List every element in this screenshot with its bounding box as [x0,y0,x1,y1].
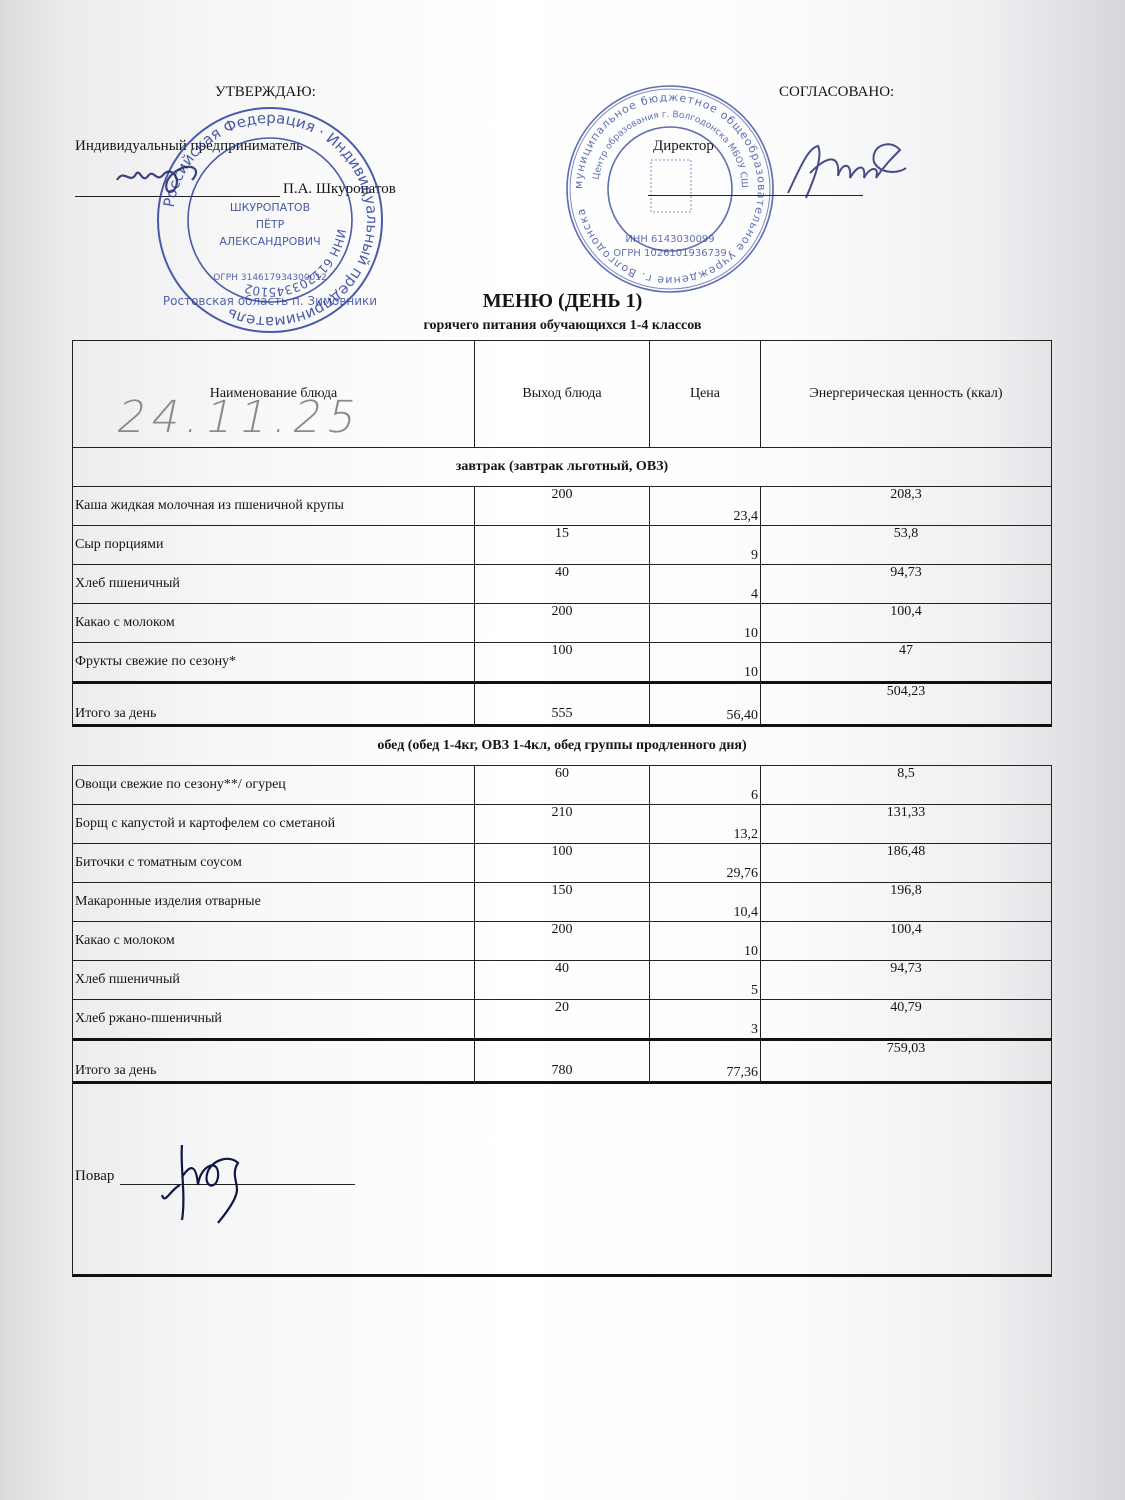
total-price: 56,40 [650,683,761,726]
dish-kcal: 196,8 [761,883,1052,922]
section-title: обед (обед 1-4кг, ОВЗ 1-4кл, обед группы… [73,726,1052,766]
total-kcal: 504,23 [761,683,1052,726]
dish-yield: 40 [475,565,650,604]
dish-yield: 210 [475,805,650,844]
ip-stamp-ogrn: ОГРН 314617934300012 [213,273,327,283]
dish-yield: 15 [475,526,650,565]
table-row: Макаронные изделия отварные15010,4196,8 [73,883,1052,922]
dish-yield: 20 [475,1000,650,1040]
dish-yield: 100 [475,844,650,883]
total-yield: 780 [475,1040,650,1083]
header-yield: Выход блюда [475,341,650,448]
dish-kcal: 94,73 [761,961,1052,1000]
dish-yield: 200 [475,922,650,961]
section-title: завтрак (завтрак льготный, ОВЗ) [73,448,1052,487]
table-row: Сыр порциями15953,8 [73,526,1052,565]
dish-kcal: 40,79 [761,1000,1052,1040]
ip-stamp-line-1: ШКУРОПАТОВ [230,201,310,214]
cook-label: Повар [75,1168,114,1185]
total-label: Итого за день [73,1040,475,1083]
approver-signature-icon [112,150,222,210]
total-row: Итого за день55556,40504,23 [73,683,1052,726]
dish-kcal: 8,5 [761,766,1052,805]
section-header: завтрак (завтрак льготный, ОВЗ) [73,448,1052,487]
page-subtitle: горячего питания обучающихся 1-4 классов [0,318,1125,334]
table-row: Какао с молоком20010100,4 [73,922,1052,961]
total-row: Итого за день78077,36759,03 [73,1040,1052,1083]
dish-yield: 100 [475,643,650,683]
table-row: Каша жидкая молочная из пшеничной крупы2… [73,487,1052,526]
total-kcal: 759,03 [761,1040,1052,1083]
section-header: обед (обед 1-4кг, ОВЗ 1-4кл, обед группы… [73,726,1052,766]
dish-price: 6 [650,766,761,805]
dish-name: Хлеб пшеничный [73,565,475,604]
dish-kcal: 100,4 [761,604,1052,643]
dish-yield: 40 [475,961,650,1000]
table-row: Хлеб пшеничный40494,73 [73,565,1052,604]
dish-name: Какао с молоком [73,922,475,961]
dish-kcal: 53,8 [761,526,1052,565]
table-row: Какао с молоком20010100,4 [73,604,1052,643]
total-label: Итого за день [73,683,475,726]
dish-price: 3 [650,1000,761,1040]
dish-price: 9 [650,526,761,565]
dish-name: Хлеб ржано-пшеничный [73,1000,475,1040]
approval-right-heading: СОГЛАСОВАНО: [779,84,894,101]
school-stamp-ogrn: ОГРН 1026101936739 [613,248,726,259]
school-stamp: муниципальное бюджетное общеобразователь… [563,82,778,302]
ip-stamp-line-2: ПЁТР [256,218,285,231]
table-row: Фрукты свежие по сезону*1001047 [73,643,1052,683]
dish-price: 10,4 [650,883,761,922]
dish-name: Какао с молоком [73,604,475,643]
table-row: Овощи свежие по сезону**/ огурец6068,5 [73,766,1052,805]
dish-yield: 200 [475,604,650,643]
dish-yield: 60 [475,766,650,805]
dish-price: 29,76 [650,844,761,883]
dish-name: Каша жидкая молочная из пшеничной крупы [73,487,475,526]
table-row: Хлеб ржано-пшеничный20340,79 [73,1000,1052,1040]
dish-price: 13,2 [650,805,761,844]
ip-stamp-line-3: АЛЕКСАНДРОВИЧ [219,235,320,248]
school-stamp-inn: ИНН 6143030099 [625,234,714,245]
dish-yield: 200 [475,487,650,526]
dish-kcal: 131,33 [761,805,1052,844]
dish-kcal: 47 [761,643,1052,683]
dish-name: Макаронные изделия отварные [73,883,475,922]
total-yield: 555 [475,683,650,726]
dish-kcal: 94,73 [761,565,1052,604]
coat-of-arms-icon [651,160,691,212]
dish-name: Борщ с капустой и картофелем со сметаной [73,805,475,844]
dish-kcal: 100,4 [761,922,1052,961]
dish-price: 10 [650,922,761,961]
dish-yield: 150 [475,883,650,922]
dish-name: Фрукты свежие по сезону* [73,643,475,683]
header-price: Цена [650,341,761,448]
approval-left-heading: УТВЕРЖДАЮ: [215,84,316,101]
director-signature-icon [780,128,920,208]
table-row: Борщ с капустой и картофелем со сметаной… [73,805,1052,844]
school-stamp-graphic: муниципальное бюджетное общеобразователь… [563,82,778,297]
dish-name: Хлеб пшеничный [73,961,475,1000]
dish-kcal: 208,3 [761,487,1052,526]
dish-name: Сыр порциями [73,526,475,565]
dish-price: 10 [650,604,761,643]
dish-name: Овощи свежие по сезону**/ огурец [73,766,475,805]
cook-signature-icon [160,1135,280,1225]
dish-price: 23,4 [650,487,761,526]
table-row: Биточки с томатным соусом10029,76186,48 [73,844,1052,883]
dish-price: 5 [650,961,761,1000]
total-price: 77,36 [650,1040,761,1083]
dish-price: 4 [650,565,761,604]
dish-name: Биточки с томатным соусом [73,844,475,883]
dish-price: 10 [650,643,761,683]
table-row: Хлеб пшеничный40594,73 [73,961,1052,1000]
page-title: МЕНЮ (ДЕНЬ 1) [0,290,1125,313]
handwritten-date: 24.11.25 [113,392,368,443]
header-kcal: Энергерическая ценность (ккал) [761,341,1052,448]
dish-kcal: 186,48 [761,844,1052,883]
